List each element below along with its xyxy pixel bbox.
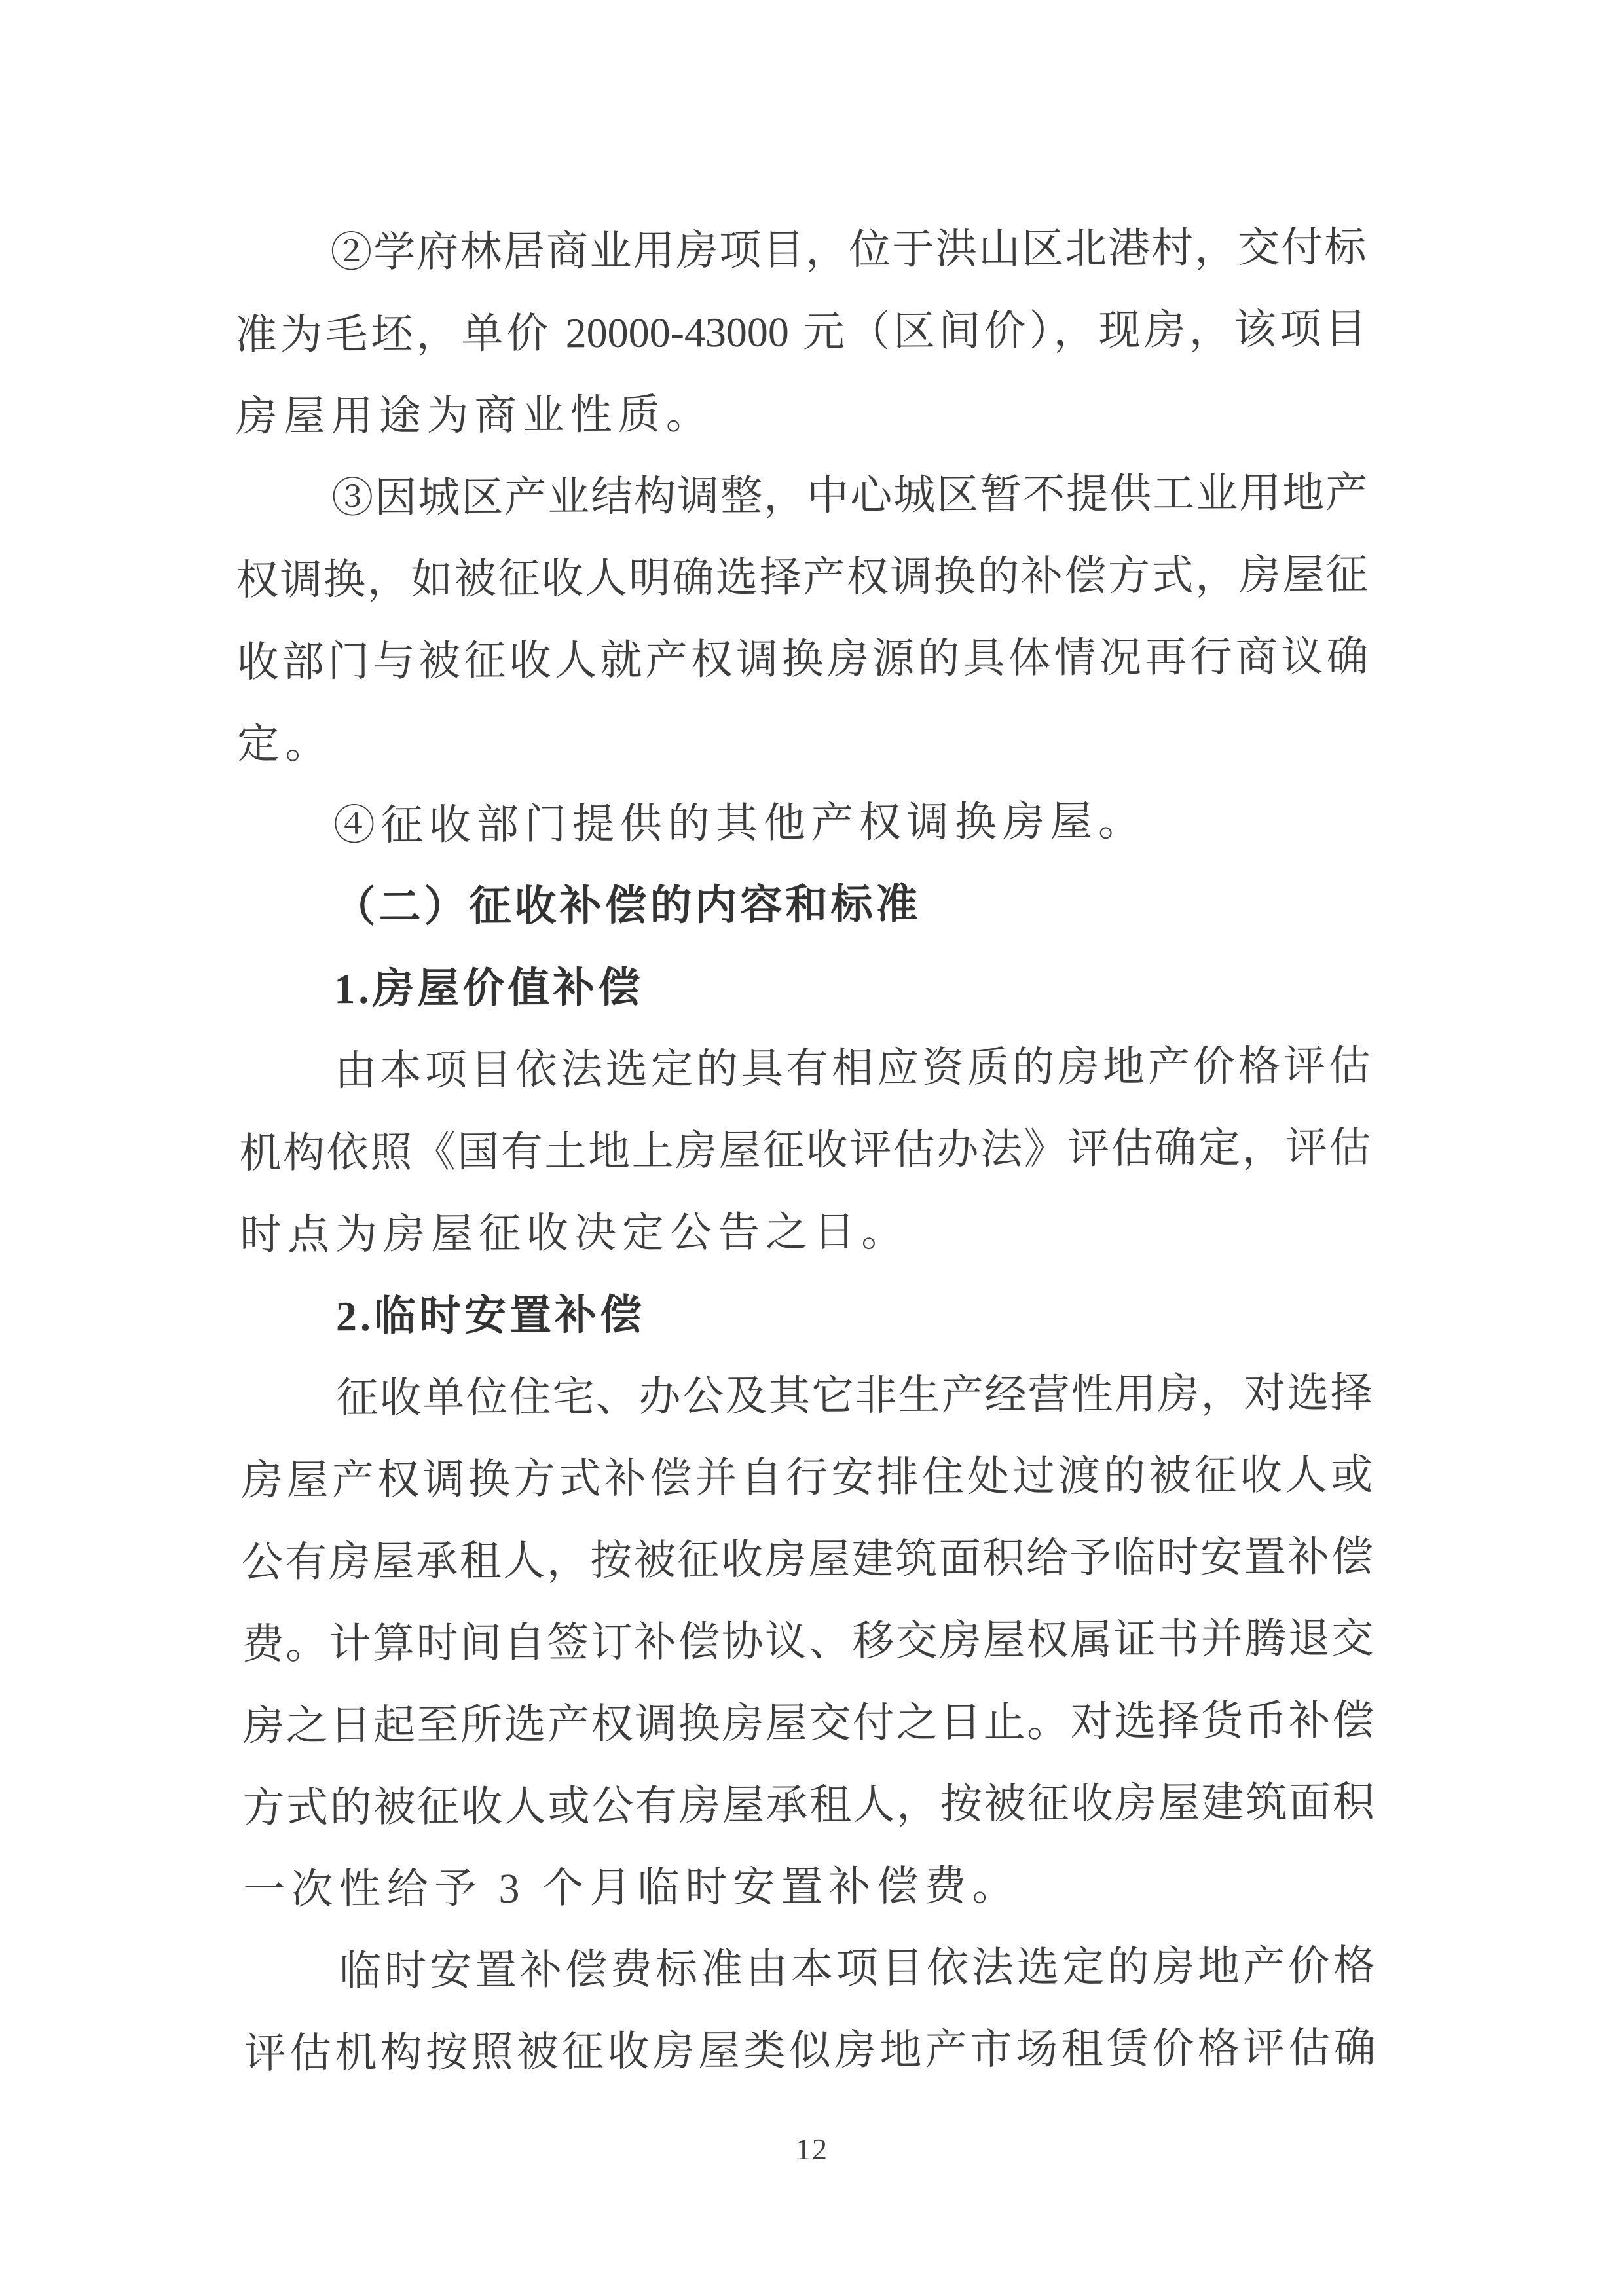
document-body-text: ②学府林居商业用房项目，位于洪山区北港村，交付标准为毛坯，单价 20000-43… [234, 206, 1376, 2094]
text-line-15: 征收单位住宅、办公及其它非生产经营性用房，对选择 [240, 1352, 1373, 1440]
text-line-7: 定。 [237, 697, 1369, 785]
text-line-4: ③因城区产业结构调整，中心城区暂不提供工业用地产 [236, 452, 1368, 539]
text-line-11: 由本项目依法选定的具有相应资质的房地产价格评估 [239, 1025, 1371, 1112]
text-line-16: 房屋产权调换方式补偿并自行安排住处过渡的被征收人或 [241, 1434, 1373, 1522]
text-line-13: 时点为房屋征收决定公告之日。 [240, 1188, 1372, 1276]
text-line-21: 一次性给予 3 个月临时安置补偿费。 [243, 1843, 1375, 1931]
text-line-6: 收部门与被征收人就产权调换房源的具体情况再行商议确 [236, 615, 1369, 703]
page-number: 12 [0, 2129, 1624, 2170]
text-line-18: 费。计算时间自签订补偿协议、移交房屋权属证书并腾退交 [242, 1597, 1374, 1685]
text-line-9: （二）征收补偿的内容和标准 [238, 861, 1370, 949]
text-line-8: ④征收部门提供的其他产权调换房屋。 [238, 779, 1370, 867]
text-line-20: 方式的被征收人或公有房屋承租人，按被征收房屋建筑面积 [242, 1761, 1375, 1849]
text-line-17: 公有房屋承租人，按被征收房屋建筑面积给予临时安置补偿 [241, 1516, 1373, 1603]
text-line-5: 权调换，如被征收人明确选择产权调换的补偿方式，房屋征 [236, 534, 1369, 621]
text-line-19: 房之日起至所选产权调换房屋交付之日止。对选择货币补偿 [242, 1679, 1375, 1767]
text-line-2: 准为毛坯，单价 20000-43000 元（区间价），现房，该项目 [235, 288, 1367, 376]
text-line-23: 评估机构按照被征收房屋类似房地产市场租赁价格评估确 [244, 2007, 1376, 2094]
text-line-22: 临时安置补偿费标准由本项目依法选定的房地产价格 [244, 1925, 1376, 2013]
text-line-14: 2.临时安置补偿 [240, 1270, 1373, 1358]
text-line-3: 房屋用途为商业性质。 [235, 370, 1367, 458]
text-line-1: ②学府林居商业用房项目，位于洪山区北港村，交付标 [234, 206, 1367, 294]
text-line-12: 机构依照《国有土地上房屋征收评估办法》评估确定，评估 [239, 1106, 1371, 1194]
document-page: ②学府林居商业用房项目，位于洪山区北港村，交付标准为毛坯，单价 20000-43… [0, 0, 1624, 2296]
text-line-10: 1.房屋价值补偿 [238, 943, 1371, 1030]
